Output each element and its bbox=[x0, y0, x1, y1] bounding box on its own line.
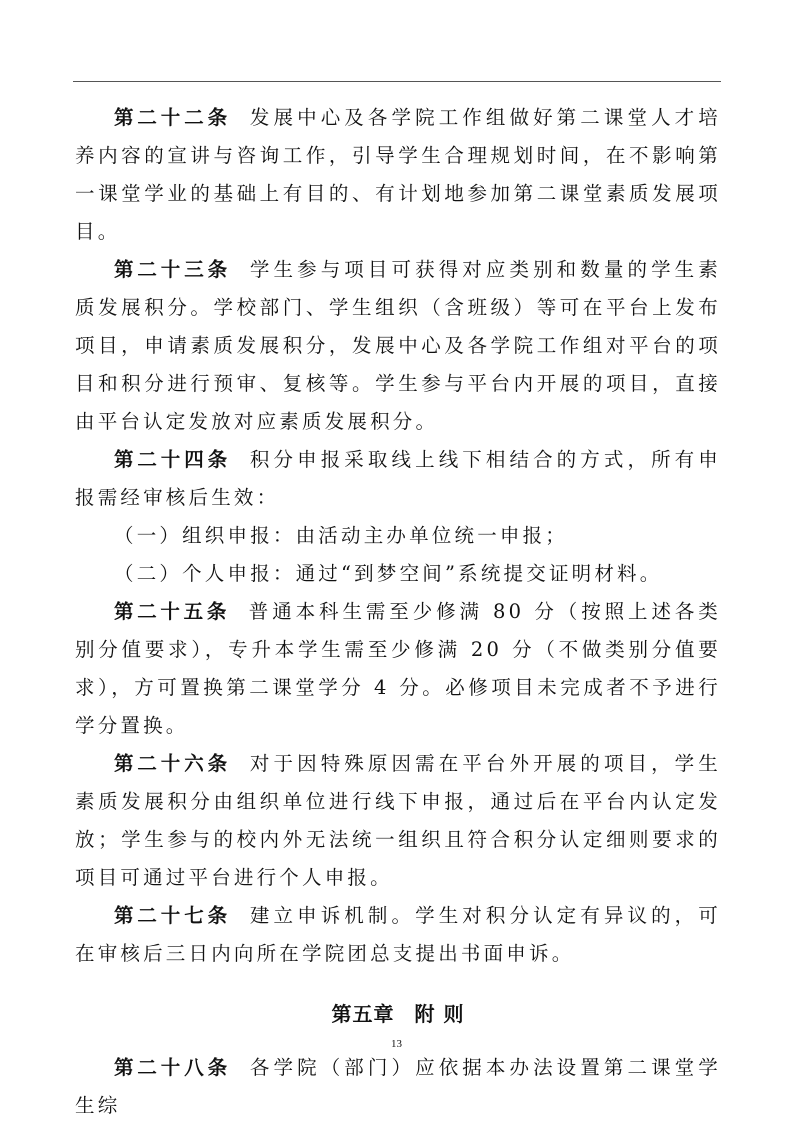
article-24: 第二十四条积分申报采取线上线下相结合的方式，所有申报需经审核后生效： bbox=[75, 441, 721, 517]
article-label: 第二十五条 bbox=[114, 600, 230, 623]
article-27: 第二十七条建立申诉机制。学生对积分认定有异议的，可在审核后三日内向所在学院团总支… bbox=[75, 897, 721, 973]
article-25: 第二十五条普通本科生需至少修满 80 分（按照上述各类别分值要求），专升本学生需… bbox=[75, 593, 721, 745]
article-22: 第二十二条发展中心及各学院工作组做好第二课堂人才培养内容的宣讲与咨询工作，引导学… bbox=[75, 99, 721, 251]
header-rule bbox=[73, 81, 721, 82]
article-label: 第二十三条 bbox=[114, 258, 231, 281]
chapter-number: 第五章 bbox=[332, 1002, 395, 1026]
article-28: 第二十八条各学院（部门）应依据本办法设置第二课堂学生综 bbox=[75, 1049, 721, 1122]
article-24-item-2: （二）个人申报：通过“到梦空间”系统提交证明材料。 bbox=[75, 555, 721, 593]
article-label: 第二十六条 bbox=[114, 752, 231, 775]
article-label: 第二十四条 bbox=[114, 448, 231, 471]
chapter-heading: 第五章附 则 bbox=[75, 995, 721, 1033]
page-number: 13 bbox=[0, 1038, 793, 1050]
article-24-item-1: （一）组织申报：由活动主办单位统一申报； bbox=[75, 517, 721, 555]
article-26: 第二十六条对于因特殊原因需在平台外开展的项目，学生素质发展积分由组织单位进行线下… bbox=[75, 745, 721, 897]
article-label: 第二十二条 bbox=[114, 106, 231, 129]
article-label: 第二十七条 bbox=[114, 904, 231, 927]
article-23: 第二十三条学生参与项目可获得对应类别和数量的学生素质发展积分。学校部门、学生组织… bbox=[75, 251, 721, 441]
article-text: 学生参与项目可获得对应类别和数量的学生素质发展积分。学校部门、学生组织（含班级）… bbox=[75, 258, 721, 433]
article-label: 第二十八条 bbox=[114, 1056, 231, 1079]
chapter-title: 附 则 bbox=[415, 1002, 465, 1026]
document-body: 第二十二条发展中心及各学院工作组做好第二课堂人才培养内容的宣讲与咨询工作，引导学… bbox=[75, 99, 721, 1122]
